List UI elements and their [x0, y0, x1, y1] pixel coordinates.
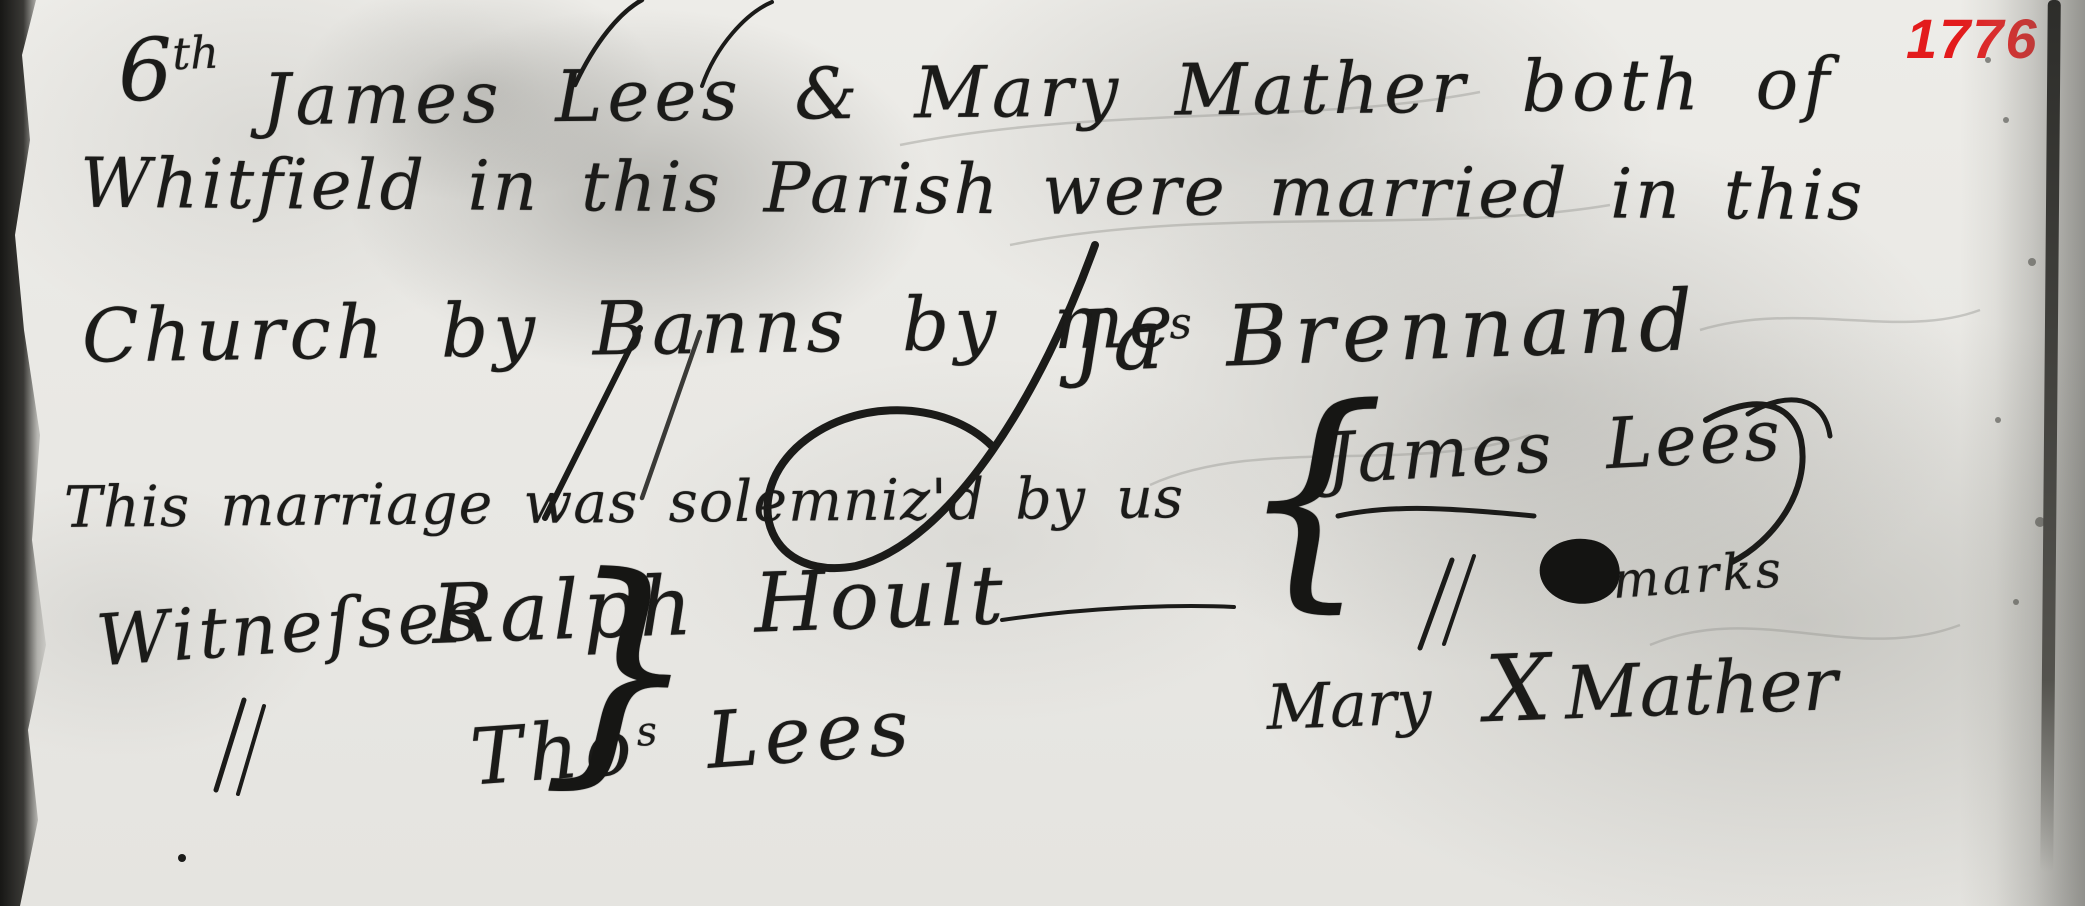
entry-line-3: Church by Banns by me [81, 278, 1178, 379]
bride-mark-x: X [1483, 634, 1552, 743]
right-page-edge-band [1960, 0, 2085, 906]
marks-note: marks [1610, 540, 1786, 610]
bride-last-name: Mather [1563, 642, 1839, 736]
officiant-prefix: Ja [1070, 290, 1171, 391]
entry-line-2: Whitfield in this Parish were married in… [80, 144, 1866, 236]
entry-day-number: 6 [116, 20, 174, 122]
bride-first-name: Mary [1265, 665, 1433, 744]
bride-signature: Mary X Mather [1264, 624, 1839, 751]
register-page: 6th James Lees & Mary Mather both of Whi… [0, 0, 2085, 906]
officiant-superscript: s [1169, 298, 1193, 350]
entry-day-suffix: th [171, 26, 220, 81]
couple-brace: { [1236, 377, 1390, 616]
entry-day: 6th [116, 18, 221, 121]
witness-signature-1: Ralph Hoult [431, 548, 1009, 663]
entry-line-1: James Lees & Mary Mather both of [262, 42, 1835, 141]
witnesses-brace: } [540, 543, 705, 794]
